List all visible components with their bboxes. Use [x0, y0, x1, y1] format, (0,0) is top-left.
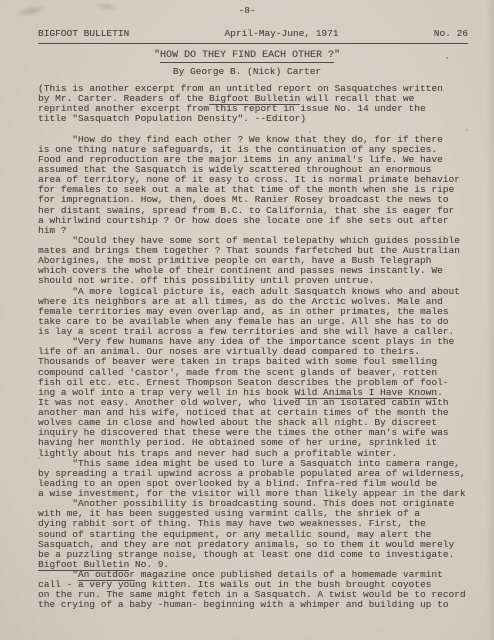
- page-number: -8-: [0, 6, 494, 16]
- article-body: (This is another excerpt from an untitle…: [38, 84, 478, 611]
- scan-edge-shading: [486, 0, 494, 640]
- masthead: BIGFOOT BULLETIN April-May-June, 1971 No…: [38, 29, 468, 44]
- text-line: should not write. off this possibility u…: [38, 276, 478, 286]
- article-byline: By George B. (Nick) Carter: [0, 67, 494, 77]
- text-line: dying rabbit sort of thing. This may hav…: [38, 519, 478, 529]
- text-line: Thousands of beaver were taken in traps …: [38, 357, 478, 367]
- article-title-text: HOW DO THEY FIND EACH OTHER ?: [160, 50, 334, 63]
- scanned-bulletin-page: -8- BIGFOOT BULLETIN April-May-June, 197…: [0, 0, 494, 640]
- text-line: for impregnation. How, then, does Mt. Ra…: [38, 195, 478, 205]
- masthead-date: April-May-June, 1971: [224, 29, 338, 39]
- text-line: the crying of a baby -human- beginning w…: [38, 600, 478, 610]
- masthead-issue-number: No. 26: [434, 29, 468, 39]
- title-close-quote: ": [334, 50, 340, 61]
- text-line: title "Sasquatch Population Density". --…: [38, 114, 478, 124]
- article-title: "HOW DO THEY FIND EACH OTHER ?": [0, 51, 494, 61]
- masthead-title: BIGFOOT BULLETIN: [38, 29, 129, 39]
- text-line: a whirlwind courtship ? Or how does she …: [38, 216, 478, 226]
- text-line: having her monthly period. He obtained s…: [38, 438, 478, 448]
